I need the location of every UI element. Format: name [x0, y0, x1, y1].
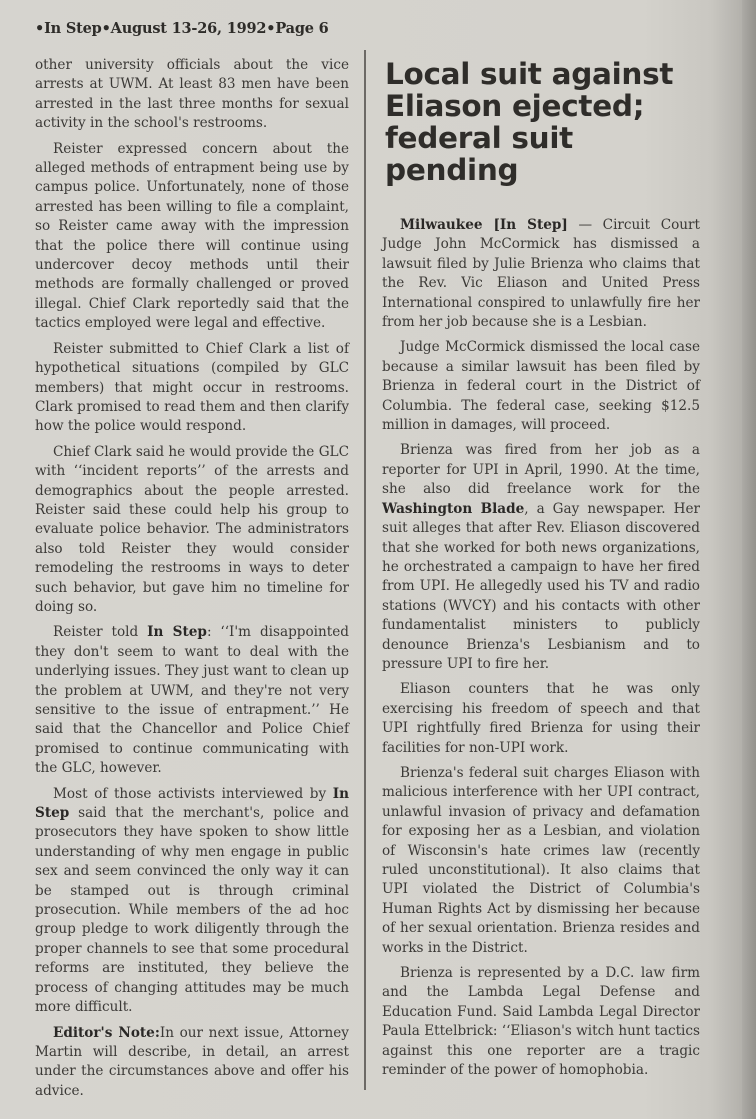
left-column-article-continuation: other university officials about the vic…: [35, 56, 349, 1107]
paragraph: Brienza's federal suit charges Eliason w…: [382, 764, 700, 958]
text-run: Reister told: [53, 624, 147, 640]
paragraph: Judge McCormick dismissed the local case…: [382, 338, 700, 435]
text-run: Most of those activists interviewed by: [53, 786, 333, 802]
paragraph: Brienza was fired from her job as a repo…: [382, 441, 700, 674]
lead-paragraph: Milwaukee [In Step] — Circuit Court Judg…: [382, 216, 700, 332]
text-run: , a Gay newspaper. Her suit alleges that…: [382, 501, 700, 672]
right-column-article: Local suit against Eliason ejected; fede…: [382, 50, 700, 1086]
text-run: said that the merchant's, police and pro…: [35, 805, 349, 1015]
paragraph: Most of those activists interviewed by I…: [35, 785, 349, 1018]
paragraph: Reister expressed concern about the alle…: [35, 140, 349, 334]
column-divider-rule: [364, 50, 366, 1090]
article-headline: Local suit against Eliason ejected; fede…: [385, 58, 700, 186]
editors-note-label: Editor's Note:: [53, 1025, 160, 1041]
publication-name: Washington Blade: [382, 501, 524, 517]
text-run: : ‘‘I'm disappointed they don't seem to …: [35, 624, 349, 776]
publication-name: In Step: [147, 624, 207, 640]
text-run: — Circuit Court Judge John McCormick has…: [382, 217, 700, 330]
paragraph: Eliason counters that he was only exerci…: [382, 680, 700, 758]
text-run: Brienza was fired from her job as a repo…: [382, 442, 700, 497]
paragraph: Reister told In Step: ‘‘I'm disappointed…: [35, 623, 349, 778]
editors-note: Editor's Note:In our next issue, Attorne…: [35, 1024, 349, 1102]
paragraph: Chief Clark said he would provide the GL…: [35, 443, 349, 618]
paragraph: Brienza is represented by a D.C. law fir…: [382, 964, 700, 1080]
dateline: Milwaukee [In Step]: [400, 217, 568, 233]
paragraph: other university officials about the vic…: [35, 56, 349, 134]
paragraph: Reister submitted to Chief Clark a list …: [35, 340, 349, 437]
page-folio: •In Step•August 13-26, 1992•Page 6: [35, 20, 329, 37]
page-edge-shadow: [742, 0, 756, 1119]
